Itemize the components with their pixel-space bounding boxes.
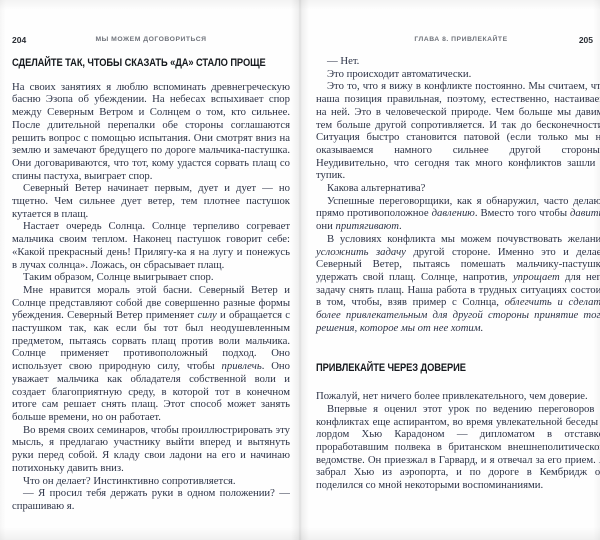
body-text: Это происходит автоматически. (327, 68, 471, 80)
emphasis-text: давить (570, 207, 600, 219)
running-head-left: 204 МЫ МОЖЕМ ДОГОВОРИТЬСЯ (12, 36, 290, 47)
emphasis-text: привлечь (222, 360, 262, 372)
body-text: Это то, что я вижу в конфликте постоянно… (316, 80, 600, 181)
paragraph: Настает очередь Солнца. Солнце терпеливо… (12, 220, 290, 271)
paragraph: Северный Ветер начинает первым, дует и д… (12, 182, 290, 220)
running-header-left-title: МЫ МОЖЕМ ДОГОВОРИТЬСЯ (12, 36, 290, 43)
paragraph: Таким образом, Солнце выигрывает спор. (12, 271, 290, 284)
body-text: . (399, 220, 402, 232)
paragraph: — Я просил тебя держать руки в одном пол… (12, 487, 290, 512)
body-text: Таким образом, Солнце выигрывает спор. (23, 271, 214, 283)
body-text: Настает очередь Солнца. Солнце терпеливо… (12, 220, 290, 270)
page-left-body: СДЕЛАЙТЕ ТАК, ЧТОБЫ СКАЗАТЬ «ДА» СТАЛО П… (12, 57, 290, 513)
paragraph: Успешные переговорщики, как я обнаружил,… (316, 195, 600, 233)
emphasis-text: силу (197, 309, 216, 321)
paragraph: Впервые я оценил этот урок по ведению пе… (316, 403, 600, 492)
paragraph: Мне нравится мораль этой басни. Северный… (12, 284, 290, 424)
page-left: 204 МЫ МОЖЕМ ДОГОВОРИТЬСЯ СДЕЛАЙТЕ ТАК, … (0, 0, 300, 540)
page-number-right: 205 (579, 35, 593, 45)
section-heading: ПРИВЛЕКАЙТЕ ЧЕРЕЗ ДОВЕРИЕ (316, 362, 571, 375)
body-text: На своих занятиях я люблю вспоминать дре… (12, 81, 290, 182)
paragraph: Это то, что я вижу в конфликте постоянно… (316, 80, 600, 182)
emphasis-text: упрощает (513, 271, 560, 283)
paragraph: Какова альтернатива? (316, 182, 600, 195)
body-text: . Вместо того чтобы (475, 207, 570, 219)
body-text: Пожалуй, нет ничего более привлекательно… (316, 390, 588, 402)
paragraph: На своих занятиях я люблю вспоминать дре… (12, 81, 290, 183)
running-head-right: ГЛАВА 8. ПРИВЛЕКАЙТЕ 205 (316, 36, 600, 47)
paragraph: В условиях конфликта мы можем почувствов… (316, 233, 600, 335)
book-spread: 204 МЫ МОЖЕМ ДОГОВОРИТЬСЯ СДЕЛАЙТЕ ТАК, … (0, 0, 600, 540)
body-text: — Нет. (327, 55, 359, 67)
body-text: Какова альтернатива? (327, 182, 425, 194)
section-heading: СДЕЛАЙТЕ ТАК, ЧТОБЫ СКАЗАТЬ «ДА» СТАЛО П… (12, 57, 257, 70)
body-text: Впервые я оценил этот урок по ведению пе… (316, 403, 600, 491)
page-right: ГЛАВА 8. ПРИВЛЕКАЙТЕ 205 — Нет.Это проис… (300, 0, 600, 540)
body-text: Северный Ветер начинает первым, дует и д… (12, 182, 290, 219)
emphasis-text: усложнить задачу (316, 246, 406, 258)
body-text: В условиях конфликта мы можем почувствов… (327, 233, 600, 245)
body-text: — Я просил тебя держать руки в одном пол… (12, 487, 290, 512)
paragraph: Что он делает? Инстинктивно сопротивляет… (12, 475, 290, 488)
paragraph: Пожалуй, нет ничего более привлекательно… (316, 390, 600, 403)
paragraph: — Нет. (316, 55, 600, 68)
page-right-body: — Нет.Это происходит автоматически.Это т… (316, 55, 600, 492)
paragraph: Это происходит автоматически. (316, 68, 600, 81)
running-header-right-title: ГЛАВА 8. ПРИВЛЕКАЙТЕ (316, 36, 600, 43)
emphasis-text: давлению (432, 207, 475, 219)
body-text: Что он делает? Инстинктивно сопротивляет… (23, 475, 236, 487)
body-text: Во время своих семинаров, чтобы проиллюс… (12, 424, 290, 474)
paragraph: Во время своих семинаров, чтобы проиллюс… (12, 424, 290, 475)
emphasis-text: притягивают (335, 220, 399, 232)
